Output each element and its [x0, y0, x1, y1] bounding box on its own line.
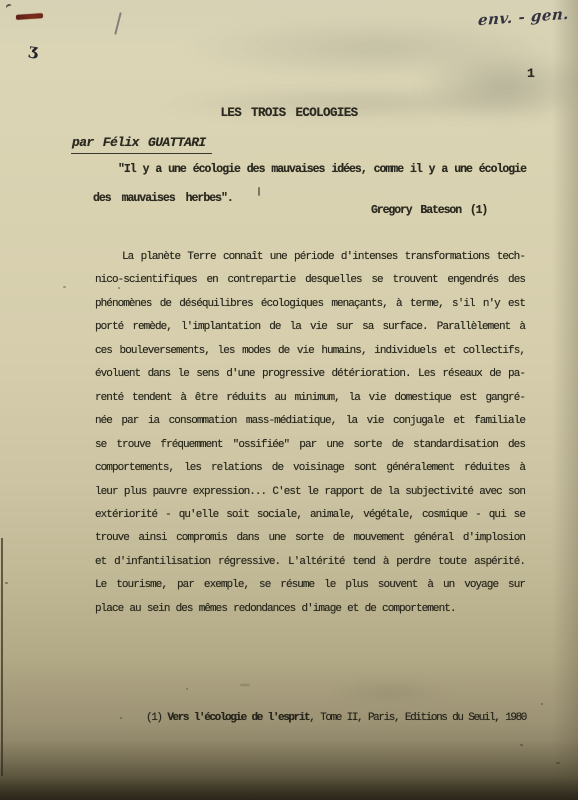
- footnote-title: Vers l'écologie de l'esprit: [167, 712, 309, 724]
- page-number: 1: [527, 66, 535, 81]
- right-edge-shadow: [552, 0, 578, 800]
- ink-speck: [118, 287, 120, 289]
- epigraph-line: "Il y a une écologie des mauvaises idées…: [93, 156, 526, 185]
- body-paragraph: La planète Terre connaît une période d'i…: [95, 246, 525, 621]
- scanned-document-page: ʒ env. - gen. 1 LES TROIS ECOLOGIES par …: [0, 0, 578, 800]
- stray-ink-mark: [258, 187, 260, 196]
- ink-speck: [240, 684, 250, 686]
- corner-pen-mark: [5, 3, 13, 11]
- ink-squiggle: ʒ: [28, 39, 40, 59]
- red-marker-stroke: [16, 13, 43, 20]
- smudge-top: [180, 18, 570, 78]
- body-line: se trouve fréquemment "ossifiée" par une…: [95, 434, 525, 457]
- body-line: porté remède, l'implantation de la vie s…: [95, 316, 525, 339]
- ink-speck: [186, 688, 188, 690]
- smudge-above-footnote: [330, 680, 450, 704]
- body-line: La planète Terre connaît une période d'i…: [95, 246, 525, 269]
- body-line: ces bouleversements, les modes de vie hu…: [95, 340, 525, 363]
- handwritten-note: env. - gen.: [477, 5, 569, 29]
- ink-speck: [63, 286, 66, 288]
- left-fold-line: [1, 538, 3, 776]
- ink-speck: [541, 703, 543, 705]
- footnote-marker: (1): [146, 712, 167, 724]
- body-line: extériorité - qu'elle soit sociale, anim…: [95, 504, 525, 527]
- diagonal-pen-stroke: [114, 12, 122, 35]
- footnote-rest: , Tome II, Paris, Editions du Seuil, 198…: [309, 712, 526, 724]
- body-line: comportements, les relations de voisinag…: [95, 457, 525, 480]
- document-title: LES TROIS ECOLOGIES: [0, 106, 578, 120]
- ink-speck: [120, 717, 122, 719]
- body-line: nico-scientifiques en contrepartie desqu…: [95, 269, 525, 292]
- body-line: trouve ainsi compromis dans une sorte de…: [95, 527, 525, 550]
- author-line: par Félix GUATTARI: [71, 135, 212, 154]
- body-line: phénomènes de déséquilibres écologiques …: [95, 293, 525, 316]
- body-line: place au sein des mêmes redondances d'im…: [95, 598, 525, 621]
- bottom-edge-shadow: [0, 740, 578, 800]
- body-line: évoluent dans le sens d'une progressive …: [95, 363, 525, 386]
- ink-speck: [556, 762, 560, 765]
- body-line: et d'infantilisation régressive. L'altér…: [95, 551, 525, 574]
- body-line: leur plus pauvre expression... C'est le …: [95, 481, 525, 504]
- body-line: née par ia consommation mass-médiatique,…: [95, 410, 525, 433]
- body-line: Le tourisme, par exemple, se résume le p…: [95, 574, 525, 597]
- ink-speck: [520, 744, 524, 747]
- epigraph-attribution: Gregory Bateson (1): [371, 204, 487, 217]
- footnote: (1) Vers l'écologie de l'esprit, Tome II…: [146, 712, 526, 724]
- ink-speck: [5, 582, 8, 584]
- body-line: renté tendent à être réduits au minimum,…: [95, 387, 525, 410]
